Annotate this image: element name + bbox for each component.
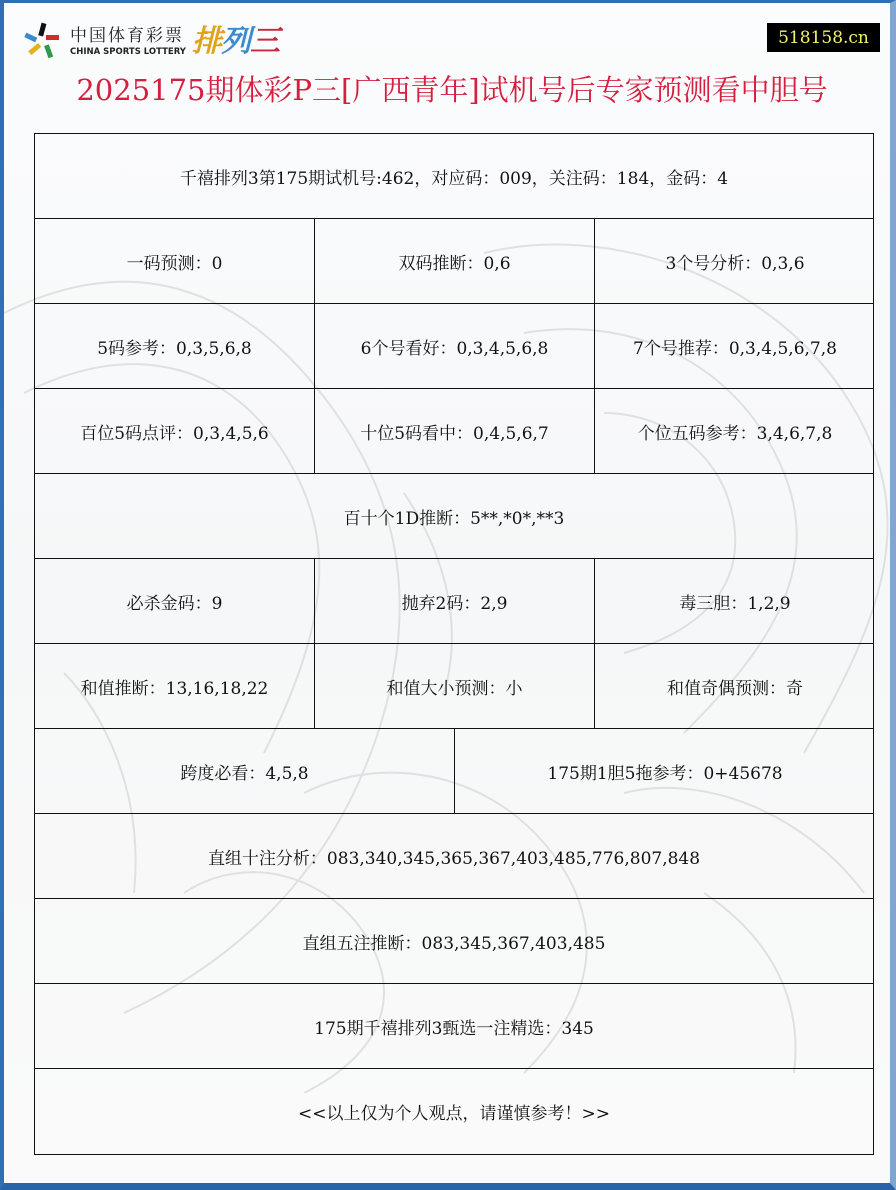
table-cell: 3个号分析：0,3,6: [595, 219, 875, 303]
site-badge: 518158.cn: [767, 23, 880, 52]
table-cell: 百位5码点评：0,3,4,5,6: [35, 389, 315, 473]
table-row: 直组十注分析：083,340,345,365,367,403,485,776,8…: [35, 814, 873, 899]
page-frame: 中国体育彩票 CHINA SPORTS LOTTERY 排列三 518158.c…: [0, 0, 896, 1190]
disclaimer-row: <<以上仅为个人观点，请谨慎参考！>>: [35, 1069, 873, 1154]
page-title: 2025175期体彩P三[广西青年]试机号后专家预测看中胆号: [4, 67, 896, 113]
table-row: 必杀金码：9 抛弃2码：2,9 毒三胆：1,2,9: [35, 559, 873, 644]
table-cell: 和值大小预测：小: [315, 644, 595, 728]
table-row: 5码参考：0,3,5,6,8 6个号看好：0,3,4,5,6,8 7个号推荐：0…: [35, 304, 873, 389]
table-cell: 抛弃2码：2,9: [315, 559, 595, 643]
table-cell: 毒三胆：1,2,9: [595, 559, 875, 643]
disclaimer-text: <<以上仅为个人观点，请谨慎参考！>>: [35, 1069, 873, 1154]
table-cell: 直组十注分析：083,340,345,365,367,403,485,776,8…: [35, 814, 873, 898]
table-row: 百位5码点评：0,3,4,5,6 十位5码看中：0,4,5,6,7 个位五码参考…: [35, 389, 873, 474]
table-cell: 175期千禧排列3甄选一注精选：345: [35, 984, 873, 1068]
logo-english-text: CHINA SPORTS LOTTERY: [70, 46, 186, 58]
table-cell: 6个号看好：0,3,4,5,6,8: [315, 304, 595, 388]
logo-chinese-text: 中国体育彩票: [70, 26, 186, 46]
brand-char-2: 列: [221, 24, 250, 59]
table-cell: 一码预测：0: [35, 219, 315, 303]
brand-char-1: 排: [192, 24, 221, 59]
table-cell: 十位5码看中：0,4,5,6,7: [315, 389, 595, 473]
table-cell: 和值奇偶预测：奇: [595, 644, 875, 728]
table-row: 175期千禧排列3甄选一注精选：345: [35, 984, 873, 1069]
table-cell: 5码参考：0,3,5,6,8: [35, 304, 315, 388]
table-row: 跨度必看：4,5,8 175期1胆5拖参考：0+45678: [35, 729, 873, 814]
table-cell: 个位五码参考：3,4,6,7,8: [595, 389, 875, 473]
table-row: 一码预测：0 双码推断：0,6 3个号分析：0,3,6: [35, 219, 873, 304]
table-cell: 和值推断：13,16,18,22: [35, 644, 315, 728]
lottery-star-icon: [22, 21, 64, 63]
table-row: 和值推断：13,16,18,22 和值大小预测：小 和值奇偶预测：奇: [35, 644, 873, 729]
prediction-table: 千禧排列3第175期试机号:462，对应码：009，关注码：184，金码：4 一…: [34, 133, 874, 1155]
table-cell: 7个号推荐：0,3,4,5,6,7,8: [595, 304, 875, 388]
china-sports-lottery-logo: 中国体育彩票 CHINA SPORTS LOTTERY 排列三: [22, 21, 279, 63]
pailie3-brand: 排列三: [192, 25, 279, 59]
table-row: 直组五注推断：083,345,367,403,485: [35, 899, 873, 984]
table-cell: 175期1胆5拖参考：0+45678: [455, 729, 875, 813]
table-cell: 必杀金码：9: [35, 559, 315, 643]
table-cell: 双码推断：0,6: [315, 219, 595, 303]
table-row: 千禧排列3第175期试机号:462，对应码：009，关注码：184，金码：4: [35, 134, 873, 219]
table-row: 百十个1D推断：5**,*0*,**3: [35, 474, 873, 559]
table-cell: 直组五注推断：083,345,367,403,485: [35, 899, 873, 983]
table-cell: 跨度必看：4,5,8: [35, 729, 455, 813]
brand-char-3: 三: [250, 24, 279, 59]
table-cell: 百十个1D推断：5**,*0*,**3: [35, 474, 873, 558]
table-cell: 千禧排列3第175期试机号:462，对应码：009，关注码：184，金码：4: [35, 134, 873, 218]
